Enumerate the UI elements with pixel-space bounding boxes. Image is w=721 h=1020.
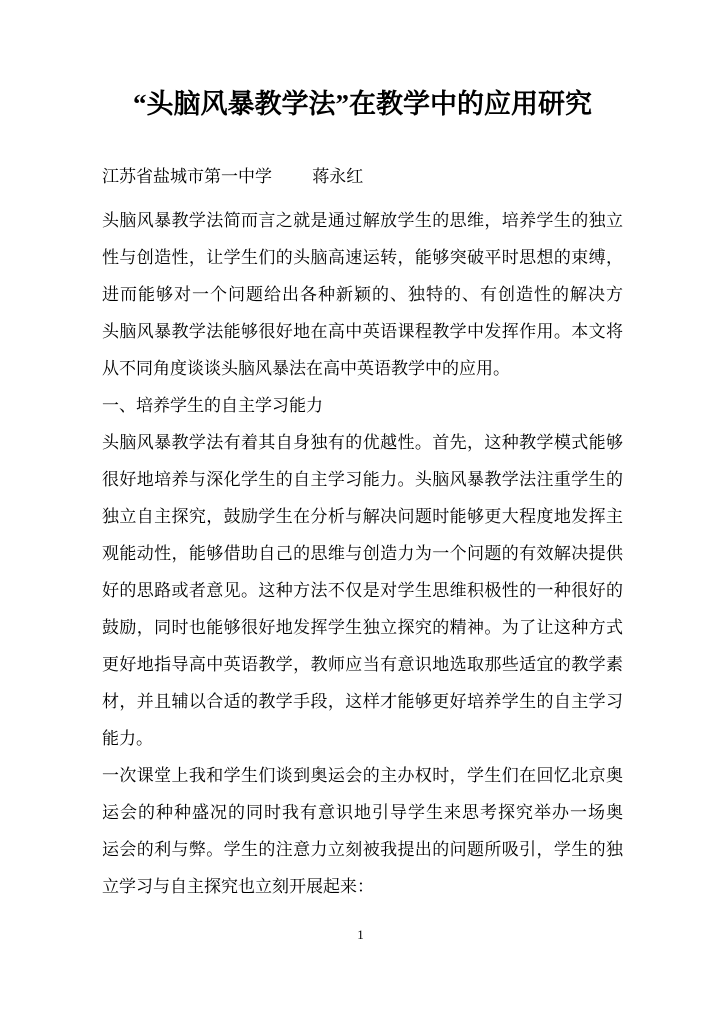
byline: 江苏省盐城市第一中学 蒋永红	[102, 158, 623, 195]
document-page: “头脑风暴教学法”在教学中的应用研究 江苏省盐城市第一中学 蒋永红 头脑风暴教学…	[0, 0, 721, 1020]
text-line: 一次课堂上我和学生们谈到奥运会的主办权时，学生们在回忆北京奥	[102, 757, 623, 794]
text-line: 立学习与自主探究也立刻开展起来：	[102, 868, 623, 905]
text-line: 头脑风暴教学法有着其自身独有的优越性。首先，这种教学模式能够	[102, 424, 623, 461]
document-title: “头脑风暴教学法”在教学中的应用研究	[102, 84, 623, 124]
text-line: 进而能够对一个问题给出各种新颖的、独特的、有创造性的解决方案。	[102, 276, 623, 313]
document-body: 头脑风暴教学法简而言之就是通过解放学生的思维，培养学生的独立 性与创造性，让学生…	[102, 202, 623, 905]
text-line: 能力。	[102, 720, 623, 757]
text-line: 观能动性，能够借助自己的思维与创造力为一个问题的有效解决提供	[102, 535, 623, 572]
text-line: 很好地培养与深化学生的自主学习能力。头脑风暴教学法注重学生的	[102, 461, 623, 498]
byline-author-name: 蒋永红	[312, 167, 363, 186]
text-line: 更好地指导高中英语教学，教师应当有意识地选取那些适宜的教学素	[102, 646, 623, 683]
byline-affiliation: 江苏省盐城市第一中学	[102, 167, 272, 186]
text-line: 运会的利与弊。学生的注意力立刻被我提出的问题所吸引，学生的独	[102, 831, 623, 868]
text-line: 好的思路或者意见。这种方法不仅是对学生思维积极性的一种很好的	[102, 572, 623, 609]
text-line: 独立自主探究，鼓励学生在分析与解决问题时能够更大程度地发挥主	[102, 498, 623, 535]
text-line: 头脑风暴教学法简而言之就是通过解放学生的思维，培养学生的独立	[102, 202, 623, 239]
page-number: 1	[0, 926, 721, 944]
text-line: 鼓励，同时也能够很好地发挥学生独立探究的精神。为了让这种方式	[102, 609, 623, 646]
document-content: “头脑风暴教学法”在教学中的应用研究 江苏省盐城市第一中学 蒋永红 头脑风暴教学…	[102, 0, 623, 905]
text-line: 性与创造性，让学生们的头脑高速运转，能够突破平时思想的束缚，	[102, 239, 623, 276]
text-line: 从不同角度谈谈头脑风暴法在高中英语教学中的应用。	[102, 350, 623, 387]
text-line: 头脑风暴教学法能够很好地在高中英语课程教学中发挥作用。本文将	[102, 313, 623, 350]
text-line: 运会的种种盛况的同时我有意识地引导学生来思考探究举办一场奥	[102, 794, 623, 831]
section-heading: 一、培养学生的自主学习能力	[102, 387, 623, 424]
text-line: 材，并且辅以合适的教学手段，这样才能够更好培养学生的自主学习	[102, 683, 623, 720]
